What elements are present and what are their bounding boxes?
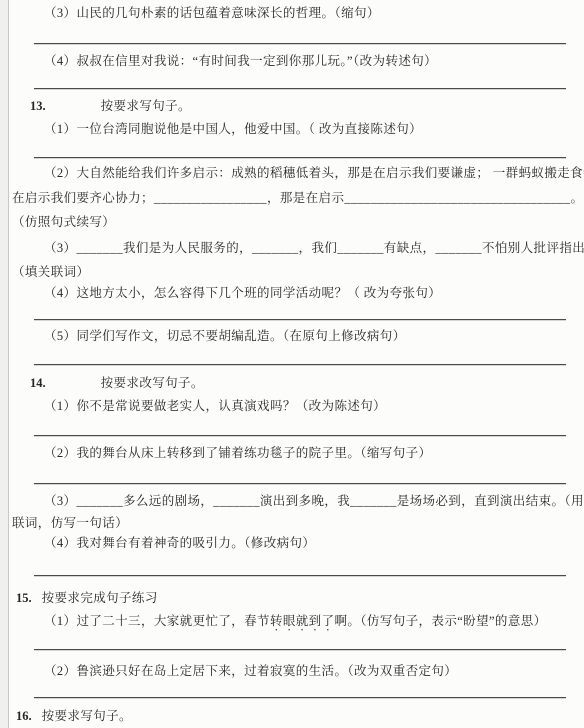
question-item-13-2-line2: 在启示我们要齐心协力；_________________，那是在启示______… (12, 189, 584, 207)
question-title: 按要求写句子。 (42, 709, 132, 723)
answer-line (34, 435, 566, 436)
question-item-13-5: （5）同学们写作文，切忌不要胡编乱造。（在原句上修改病句） (44, 327, 584, 345)
question-number: 16. (16, 709, 32, 723)
question-title: 按要求完成句子练习 (42, 591, 158, 605)
emphasized-text: 转眼就到了 (270, 614, 335, 628)
question-item-14-2: （2）我的舞台从床上转移到了铺着练功毯子的院子里。（缩写句子） (44, 444, 584, 462)
question-item-13-1: （1）一位台湾同胞说他是中国人，他爱中国。（ 改为直接陈述句） (44, 120, 584, 138)
sentence-prefix: （1）过了二十三，大家就更忙了，春节 (44, 614, 270, 628)
question-item-14-3-line2: 联词，仿写一句话） (12, 514, 584, 532)
question-item-15-2: （2）鲁滨逊只好在岛上定居下来，过着寂寞的生活。（改为双重否定句） (44, 662, 584, 680)
question-item-13-3-note: （填关联词） (12, 263, 584, 281)
question-item-12-4: （4）叔叔在信里对我说：“有时间我一定到你那儿玩。”（改为转述句） (44, 52, 584, 70)
answer-line (34, 697, 566, 698)
answer-line (34, 319, 566, 320)
answer-line (34, 649, 566, 650)
exam-paper-page: （3）山民的几句朴素的话包蕴着意味深长的哲理。（缩句） （4）叔叔在信里对我说：… (0, 0, 584, 728)
question-header-14: 14.按要求改写句子。 (30, 374, 584, 392)
question-item-13-2-line1: （2）大自然能给我们许多启示：成熟的稻穗低着头，那是在启示我们要谦虚； 一群蚂蚁… (44, 164, 584, 182)
question-item-13-2-note: （仿照句式续写） (12, 213, 584, 231)
question-item-12-3: （3）山民的几句朴素的话包蕴着意味深长的哲理。（缩句） (44, 4, 584, 22)
question-item-14-1: （1）你不是常说要做老实人，认真演戏吗？（改为陈述句） (44, 397, 584, 415)
question-item-14-3-line1: （3）_______多么远的剧场，_______演出到多晚，我_______是场… (44, 492, 584, 510)
answer-line (34, 88, 566, 89)
question-header-15: 15.按要求完成句子练习 (16, 589, 584, 607)
question-item-15-1: （1）过了二十三，大家就更忙了，春节转眼就到了啊。（仿写句子，表示“盼望”的意思… (44, 612, 584, 634)
question-title: 按要求改写句子。 (101, 376, 204, 390)
question-header-13: 13.按要求写句子。 (30, 97, 584, 115)
question-header-16: 16.按要求写句子。 (16, 707, 584, 725)
answer-line (34, 43, 566, 44)
answer-line (34, 483, 566, 484)
page-left-border (0, 0, 9, 728)
answer-line (34, 575, 566, 576)
question-number: 15. (16, 591, 32, 605)
answer-line (34, 364, 566, 365)
question-title: 按要求写句子。 (101, 99, 191, 113)
question-number: 14. (30, 376, 46, 390)
question-number: 13. (30, 99, 46, 113)
question-item-13-3: （3）_______我们是为人民服务的，_______，我们_______有缺点… (44, 239, 584, 257)
sentence-suffix: 啊。（仿写句子，表示“盼望”的意思） (334, 614, 546, 628)
question-item-13-4: （4）这地方太小，怎么容得下几个班的同学活动呢？（ 改为夸张句） (44, 284, 584, 302)
question-item-14-4: （4）我对舞台有着神奇的吸引力。（修改病句） (44, 534, 584, 552)
answer-line (34, 157, 566, 158)
